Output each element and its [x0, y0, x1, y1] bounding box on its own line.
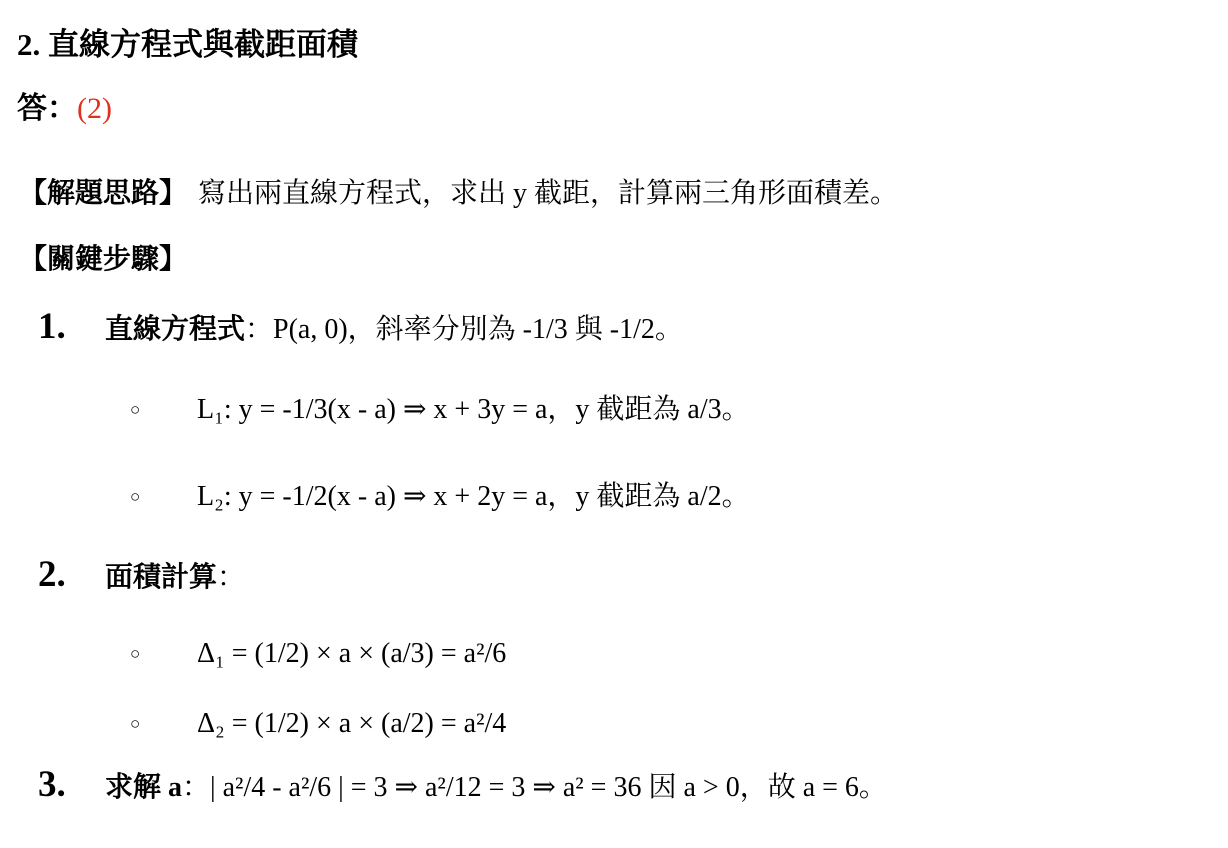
- key-steps-heading-line: 【關鍵步驟】: [19, 243, 187, 276]
- approach-line: 【解題思路】寫出兩直線方程式，求出 y 截距，計算兩三角形面積差。: [19, 177, 898, 210]
- answer-value: (2): [77, 92, 112, 125]
- step-rest: ：P(a, 0)，斜率分別為 -1/3 與 -1/2。: [245, 314, 683, 345]
- step-number: 2.: [38, 553, 105, 597]
- step-number: 1.: [38, 305, 105, 349]
- step-item-1: 1.直線方程式：P(a, 0)，斜率分別為 -1/3 與 -1/2。: [38, 305, 683, 349]
- circle-bullet-icon: ○: [130, 400, 197, 420]
- answer-label: 答：: [17, 92, 77, 125]
- answer-line: 答：(2): [17, 91, 112, 126]
- step-number: 3.: [38, 763, 105, 807]
- key-steps-heading: 【關鍵步驟】: [19, 244, 187, 275]
- approach-label: 【解題思路】: [19, 178, 187, 209]
- bullet-formula: Δ₂ = (1/2) × a × (a/2) = a²/4: [197, 708, 506, 739]
- step-item-2: 2.面積計算：: [38, 553, 245, 597]
- sub-bullet-line: ○L₁: y = -1/3(x - a) ⇒ x + 3y = a，y 截距為 …: [130, 393, 750, 426]
- approach-text: 寫出兩直線方程式，求出 y 截距，計算兩三角形面積差。: [198, 178, 898, 209]
- circle-bullet-icon: ○: [130, 644, 197, 664]
- bullet-formula: L₁: y = -1/3(x - a) ⇒ x + 3y = a，y 截距為 a…: [197, 394, 750, 425]
- bullet-formula: L₂: y = -1/2(x - a) ⇒ x + 2y = a，y 截距為 a…: [197, 481, 750, 512]
- sub-bullet-line: ○Δ₁ = (1/2) × a × (a/3) = a²/6: [130, 637, 506, 670]
- sub-bullet-line: ○L₂: y = -1/2(x - a) ⇒ x + 2y = a，y 截距為 …: [130, 480, 750, 513]
- step-lead: 面積計算: [105, 562, 217, 593]
- sub-bullet-line: ○Δ₂ = (1/2) × a × (a/2) = a²/4: [130, 707, 506, 740]
- step-rest: ：: [217, 562, 245, 593]
- bullet-formula: Δ₁ = (1/2) × a × (a/3) = a²/6: [197, 638, 506, 669]
- step-item-3: 3.求解 a：| a²/4 - a²/6 | = 3 ⇒ a²/12 = 3 ⇒…: [38, 763, 887, 807]
- solution-document: 2. 直線方程式與截距面積 答：(2) 【解題思路】寫出兩直線方程式，求出 y …: [0, 0, 1228, 848]
- circle-bullet-icon: ○: [130, 487, 197, 507]
- step-rest: ：| a²/4 - a²/6 | = 3 ⇒ a²/12 = 3 ⇒ a² = …: [182, 772, 887, 803]
- circle-bullet-icon: ○: [130, 714, 197, 734]
- step-lead: 求解 a: [105, 772, 182, 803]
- step-lead: 直線方程式: [105, 314, 245, 345]
- page-title: 2. 直線方程式與截距面積: [17, 27, 358, 64]
